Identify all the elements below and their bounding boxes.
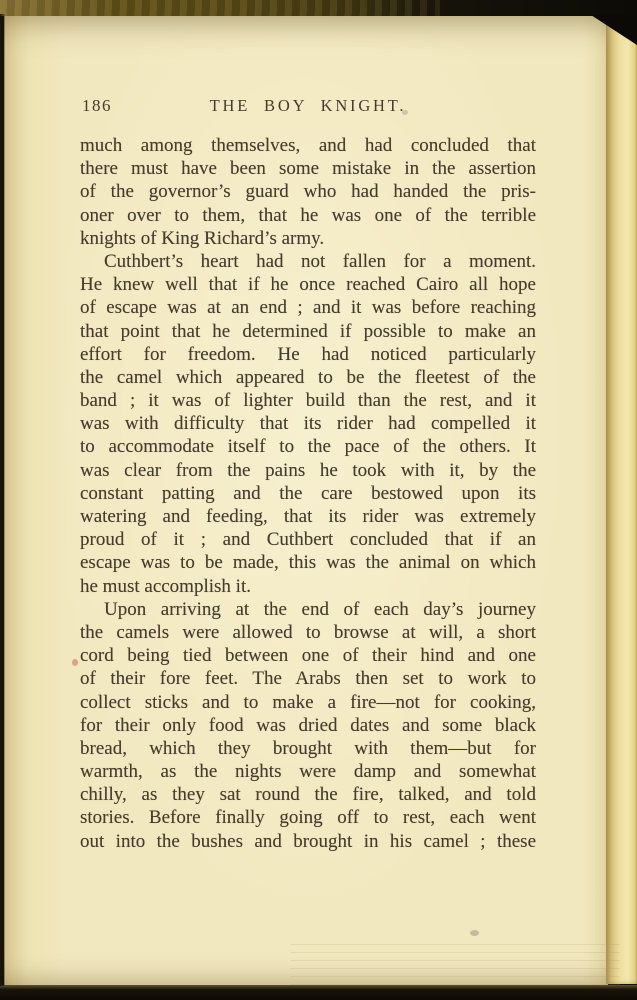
text-line: watering and feeding, that its rider was… xyxy=(80,505,536,528)
text-line: knights of King Richard’s army. xyxy=(80,227,536,250)
paragraph: Cuthbert’s heart had not fallen for a mo… xyxy=(80,250,536,598)
text-line: the camel which appeared to be the fleet… xyxy=(80,366,536,389)
text-line: for their only food was dried dates and … xyxy=(80,714,536,737)
text-line: warmth, as the nights were damp and some… xyxy=(80,760,536,783)
text-line: effort for freedom. He had noticed parti… xyxy=(80,343,536,366)
binding-edge-shadow xyxy=(0,14,5,986)
text-line: of their fore feet. The Arabs then set t… xyxy=(80,667,536,690)
text-line: the camels were allowed to browse at wil… xyxy=(80,621,536,644)
book-scan: 186 THE BOY KNIGHT. much among themselve… xyxy=(0,0,637,1000)
page-number: 186 xyxy=(82,96,112,116)
cover-texture xyxy=(0,0,440,16)
text-line: collect sticks and to make a fire—not fo… xyxy=(80,691,536,714)
text-line: that point that he determined if possibl… xyxy=(80,320,536,343)
text-line: to accommodate itself to the pace of the… xyxy=(80,435,536,458)
text-line: of the governor’s guard who had handed t… xyxy=(80,180,536,203)
page-fore-edge xyxy=(606,18,637,984)
text-line: cord being tied between one of their hin… xyxy=(80,644,536,667)
text-line: bread, which they brought with them—but … xyxy=(80,737,536,760)
running-title: THE BOY KNIGHT. xyxy=(80,94,536,116)
page-header: 186 THE BOY KNIGHT. xyxy=(80,94,536,118)
page-body: much among themselves, and had concluded… xyxy=(80,134,536,853)
text-line: was with difficulty that its rider had c… xyxy=(80,412,536,435)
page-edge-lines xyxy=(290,944,620,986)
text-line: there must have been some mistake in the… xyxy=(80,157,536,180)
text-line: he must accomplish it. xyxy=(80,575,536,598)
text-line: Upon arriving at the end of each day’s j… xyxy=(80,598,536,621)
text-line: much among themselves, and had concluded… xyxy=(80,134,536,157)
paragraph: Upon arriving at the end of each day’s j… xyxy=(80,598,536,853)
paragraph: much among themselves, and had concluded… xyxy=(80,134,536,250)
text-line: of escape was at an end ; and it was bef… xyxy=(80,296,536,319)
text-line: stories. Before finally going off to res… xyxy=(80,806,536,829)
paper-speck xyxy=(72,659,78,666)
text-line: Cuthbert’s heart had not fallen for a mo… xyxy=(80,250,536,273)
scan-bottom-edge xyxy=(0,985,637,1000)
text-line: was clear from the pains he took with it… xyxy=(80,459,536,482)
text-line: chilly, as they sat round the fire, talk… xyxy=(80,783,536,806)
text-line: constant patting and the care bestowed u… xyxy=(80,482,536,505)
text-line: escape was to be made, this was the anim… xyxy=(80,551,536,574)
text-line: band ; it was of lighter build than the … xyxy=(80,389,536,412)
text-line: proud of it ; and Cuthbert concluded tha… xyxy=(80,528,536,551)
page-content: 186 THE BOY KNIGHT. much among themselve… xyxy=(80,94,536,853)
text-line: out into the bushes and brought in his c… xyxy=(80,830,536,853)
text-line: oner over to them, that he was one of th… xyxy=(80,204,536,227)
paper-smudge xyxy=(470,930,479,936)
text-line: He knew well that if he once reached Cai… xyxy=(80,273,536,296)
